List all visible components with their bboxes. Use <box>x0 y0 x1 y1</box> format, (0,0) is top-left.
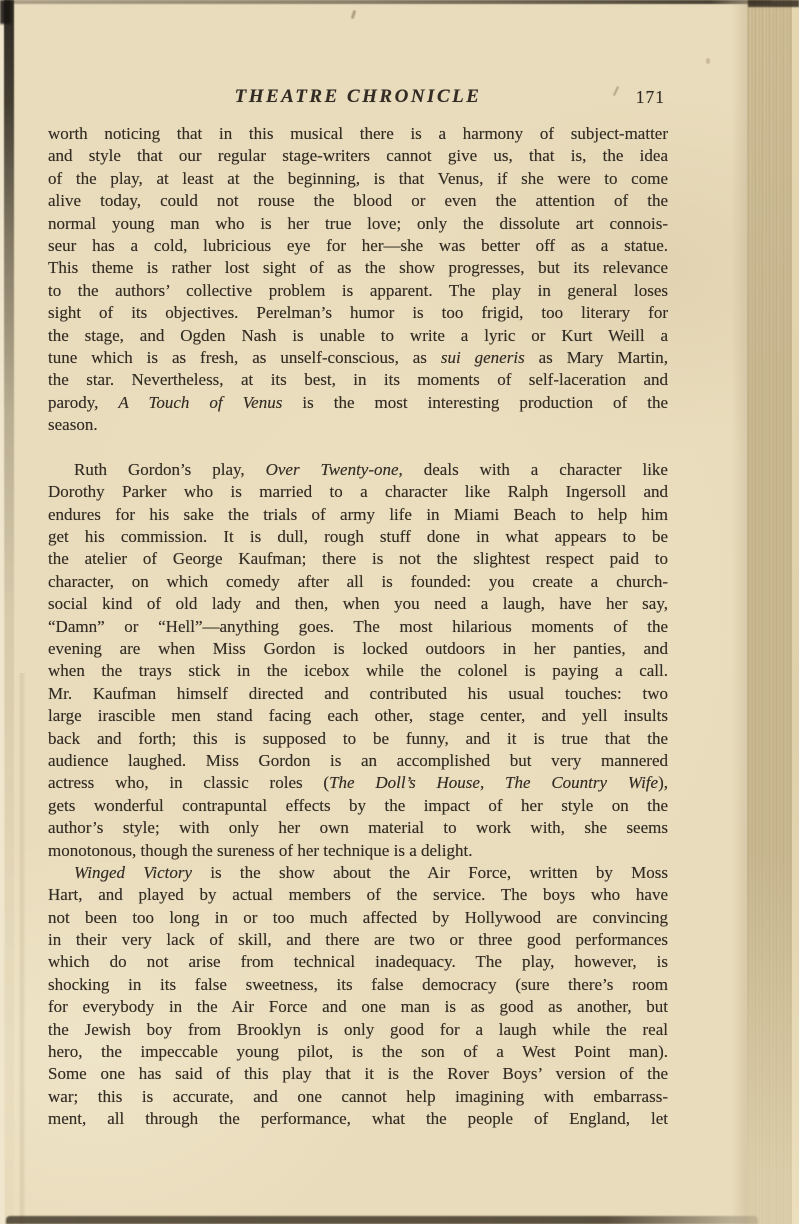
page-content: THEATRE CHRONICLE 171 worth noticing tha… <box>48 86 668 1131</box>
text-run: seur has a cold, lubricious eye for her—… <box>48 236 668 255</box>
text-run: the star. Nevertheless, at its best, in … <box>48 370 668 389</box>
text-run: is the most interesting production of th… <box>282 393 668 412</box>
text-run: actress who, in classic roles ( <box>48 773 329 792</box>
italic-text-run: Over Twenty-one, <box>266 460 403 479</box>
text-run: for everybody in the Air Force and one m… <box>48 997 668 1016</box>
text-run: alive today, could not rouse the blood o… <box>48 191 668 210</box>
text-line: back and forth; this is supposed to be f… <box>48 728 668 750</box>
text-run: character, on which comedy after all is … <box>48 572 668 591</box>
text-line: the atelier of George Kaufman; there is … <box>48 548 668 570</box>
book-page-scan: CIRCULATING LIBRARIES THEATRE CHRONICLE … <box>0 0 799 1224</box>
text-line: author’s style; with only her own materi… <box>48 817 668 839</box>
text-run: is the show about the Air Force, written… <box>192 863 668 882</box>
text-line: evening are when Miss Gordon is locked o… <box>48 638 668 660</box>
running-title: THEATRE CHRONICLE <box>48 86 668 108</box>
text-run: as Mary Martin, <box>525 348 668 367</box>
text-line: gets wonderful contrapuntal effects by t… <box>48 795 668 817</box>
text-line: not been too long in or too much affecte… <box>48 907 668 929</box>
text-line: war; this is accurate, and one cannot he… <box>48 1086 668 1108</box>
text-line: worth noticing that in this musical ther… <box>48 123 668 145</box>
text-run: back and forth; this is supposed to be f… <box>48 729 668 748</box>
text-line: when the trays stick in the icebox while… <box>48 660 668 682</box>
text-run: the atelier of George Kaufman; there is … <box>48 549 668 568</box>
text-run: parody, <box>48 393 118 412</box>
text-run: normal young man who is her true love; o… <box>48 214 668 233</box>
text-line: parody, A Touch of Venus is the most int… <box>48 392 668 414</box>
text-run: large irascible men stand facing each ot… <box>48 706 668 725</box>
text-line: Winged Victory is the show about the Air… <box>48 862 668 884</box>
text-line: sight of its objectives. Perelman’s humo… <box>48 302 668 324</box>
text-run: Mr. Kaufman himself directed and contrib… <box>48 684 668 703</box>
text-run: worth noticing that in this musical ther… <box>48 124 668 143</box>
text-run: Ruth Gordon’s play, <box>74 460 266 479</box>
text-line: for everybody in the Air Force and one m… <box>48 996 668 1018</box>
text-run: monotonous, though the sureness of her t… <box>48 841 472 860</box>
text-run: audience laughed. Miss Gordon is an acco… <box>48 751 668 770</box>
italic-text-run: Winged Victory <box>74 863 192 882</box>
page-header: THEATRE CHRONICLE 171 <box>48 86 668 110</box>
binding-gutter-shadow <box>4 0 14 1224</box>
text-run: when the trays stick in the icebox while… <box>48 661 668 680</box>
text-line: seur has a cold, lubricious eye for her—… <box>48 235 668 257</box>
text-run: Hart, and played by actual members of th… <box>48 885 668 904</box>
text-line: Hart, and played by actual members of th… <box>48 884 668 906</box>
text-run: in their very lack of skill, and there a… <box>48 930 668 949</box>
text-line: ment, all through the performance, what … <box>48 1108 668 1130</box>
text-run: shocking in its false sweetness, its fal… <box>48 975 668 994</box>
text-run: which do not arise from technical inadeq… <box>48 952 668 971</box>
text-run: evening are when Miss Gordon is locked o… <box>48 639 668 658</box>
italic-text-run: A Touch of Venus <box>118 393 282 412</box>
gutter-seam <box>18 673 26 1224</box>
text-line: This theme is rather lost sight of as th… <box>48 257 668 279</box>
text-line: Dorothy Parker who is married to a chara… <box>48 481 668 503</box>
text-run: get his commission. It is dull, rough st… <box>48 527 668 546</box>
text-run: author’s style; with only her own materi… <box>48 818 668 837</box>
text-line: tune which is as fresh, as unself-consci… <box>48 347 668 369</box>
italic-text-run: sui generis <box>441 348 525 367</box>
text-run: tune which is as fresh, as unself-consci… <box>48 348 441 367</box>
text-line: “Damn” or “Hell”—anything goes. The most… <box>48 616 668 638</box>
paragraph: Ruth Gordon’s play, Over Twenty-one, dea… <box>48 459 668 862</box>
text-run: deals with a character like <box>403 460 668 479</box>
text-run: “Damn” or “Hell”—anything goes. The most… <box>48 617 668 636</box>
fore-edge-highlight <box>792 0 799 1224</box>
text-run: season. <box>48 415 98 434</box>
text-line: Ruth Gordon’s play, Over Twenty-one, dea… <box>48 459 668 481</box>
text-run: the stage, and Ogden Nash is unable to w… <box>48 326 668 345</box>
text-line: of the play, at least at the beginning, … <box>48 168 668 190</box>
text-run: Some one has said of this play that it i… <box>48 1064 668 1083</box>
paragraph: Winged Victory is the show about the Air… <box>48 862 668 1131</box>
text-run: social kind of old lady and then, when y… <box>48 594 668 613</box>
text-line: character, on which comedy after all is … <box>48 571 668 593</box>
text-line: large irascible men stand facing each ot… <box>48 705 668 727</box>
paragraph: worth noticing that in this musical ther… <box>48 123 668 436</box>
text-line: the Jewish boy from Brooklyn is only goo… <box>48 1019 668 1041</box>
text-line: season. <box>48 414 668 436</box>
top-right-mark <box>748 0 799 7</box>
top-edge-shadow <box>12 0 772 4</box>
text-line: the stage, and Ogden Nash is unable to w… <box>48 325 668 347</box>
text-run: ment, all through the performance, what … <box>48 1109 668 1128</box>
page-number: 171 <box>636 87 665 108</box>
text-run: hero, the impeccable young pilot, is the… <box>48 1042 668 1061</box>
paper-speck <box>351 10 357 19</box>
text-run: gets wonderful contrapuntal effects by t… <box>48 796 668 815</box>
text-run: Dorothy Parker who is married to a chara… <box>48 482 668 501</box>
page-body-text: worth noticing that in this musical ther… <box>48 123 668 1131</box>
text-run: sight of its objectives. Perelman’s humo… <box>48 303 668 322</box>
text-line: the star. Nevertheless, at its best, in … <box>48 369 668 391</box>
text-run: the Jewish boy from Brooklyn is only goo… <box>48 1020 668 1039</box>
text-run: war; this is accurate, and one cannot he… <box>48 1087 668 1106</box>
page-right-shading <box>731 0 748 1224</box>
text-run: and style that our regular stage-writers… <box>48 146 668 165</box>
text-run: ), <box>658 773 668 792</box>
text-run: This theme is rather lost sight of as th… <box>48 258 668 277</box>
text-line: in their very lack of skill, and there a… <box>48 929 668 951</box>
bottom-edge-shadow <box>6 1216 758 1224</box>
text-line: normal young man who is her true love; o… <box>48 213 668 235</box>
text-line: shocking in its false sweetness, its fal… <box>48 974 668 996</box>
text-line: get his commission. It is dull, rough st… <box>48 526 668 548</box>
text-line: Some one has said of this play that it i… <box>48 1063 668 1085</box>
italic-text-run: The Doll’s House, The Country Wife <box>329 773 658 792</box>
text-line: audience laughed. Miss Gordon is an acco… <box>48 750 668 772</box>
top-left-mark <box>0 0 11 24</box>
paper-speck <box>706 58 710 64</box>
text-line: actress who, in classic roles (The Doll’… <box>48 772 668 794</box>
text-line: and style that our regular stage-writers… <box>48 145 668 167</box>
text-line: Mr. Kaufman himself directed and contrib… <box>48 683 668 705</box>
text-line: to the authors’ collective problem is ap… <box>48 280 668 302</box>
text-line: hero, the impeccable young pilot, is the… <box>48 1041 668 1063</box>
text-run: endures for his sake the trials of army … <box>48 505 668 524</box>
text-run: to the authors’ collective problem is ap… <box>48 281 668 300</box>
text-run: of the play, at least at the beginning, … <box>48 169 668 188</box>
text-line: monotonous, though the sureness of her t… <box>48 840 668 862</box>
text-run: not been too long in or too much affecte… <box>48 908 668 927</box>
text-line: which do not arise from technical inadeq… <box>48 951 668 973</box>
text-line: social kind of old lady and then, when y… <box>48 593 668 615</box>
text-line: alive today, could not rouse the blood o… <box>48 190 668 212</box>
text-line: endures for his sake the trials of army … <box>48 504 668 526</box>
